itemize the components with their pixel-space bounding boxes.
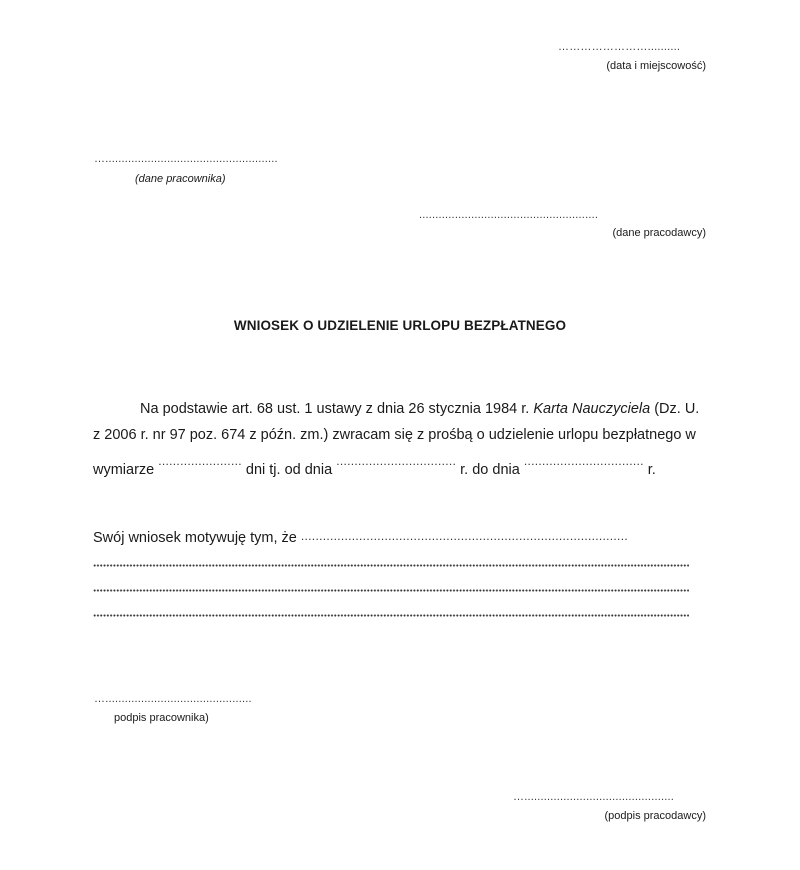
motivation-blank[interactable]: ........................................… bbox=[301, 530, 628, 542]
date-from-blank[interactable]: ................................. bbox=[336, 448, 456, 474]
motivation-line-blank-1[interactable] bbox=[93, 564, 689, 567]
body-part4: r. do dnia bbox=[456, 462, 524, 478]
employer-signature-blank[interactable]: ….......................................… bbox=[513, 792, 674, 803]
employee-data-blank[interactable]: ….......................................… bbox=[94, 154, 278, 165]
body-part3: dni tj. od dnia bbox=[242, 462, 336, 478]
employee-data-label: (dane pracownika) bbox=[135, 174, 226, 185]
request-paragraph: Na podstawie art. 68 ust. 1 ustawy z dni… bbox=[93, 396, 705, 483]
act-name: Karta Nauczyciela bbox=[533, 401, 650, 417]
days-blank[interactable]: ....................... bbox=[158, 448, 242, 474]
employee-signature-label: podpis pracownika) bbox=[114, 713, 209, 724]
body-part1: Na podstawie art. 68 ust. 1 ustawy z dni… bbox=[140, 401, 533, 417]
date-to-blank[interactable]: ................................. bbox=[524, 448, 644, 474]
body-part5: r. bbox=[644, 462, 656, 478]
employer-signature-label: (podpis pracodawcy) bbox=[605, 811, 707, 822]
motivation-line: Swój wniosek motywuję tym, że ..........… bbox=[93, 530, 628, 546]
date-place-label: (data i miejscowość) bbox=[606, 61, 706, 72]
employer-data-blank[interactable]: ........................................… bbox=[419, 210, 598, 221]
motivation-line-blank-3[interactable] bbox=[93, 614, 689, 617]
employer-data-label: (dane pracodawcy) bbox=[612, 228, 706, 239]
motivation-line-blank-2[interactable] bbox=[93, 589, 689, 592]
document-title: WNIOSEK O UDZIELENIE URLOPU BEZPŁATNEGO bbox=[0, 318, 800, 333]
employee-signature-blank[interactable]: ….......................................… bbox=[94, 694, 252, 705]
motivation-lead: Swój wniosek motywuję tym, że bbox=[93, 530, 301, 546]
date-place-blank[interactable]: …………………….......... bbox=[558, 42, 680, 53]
